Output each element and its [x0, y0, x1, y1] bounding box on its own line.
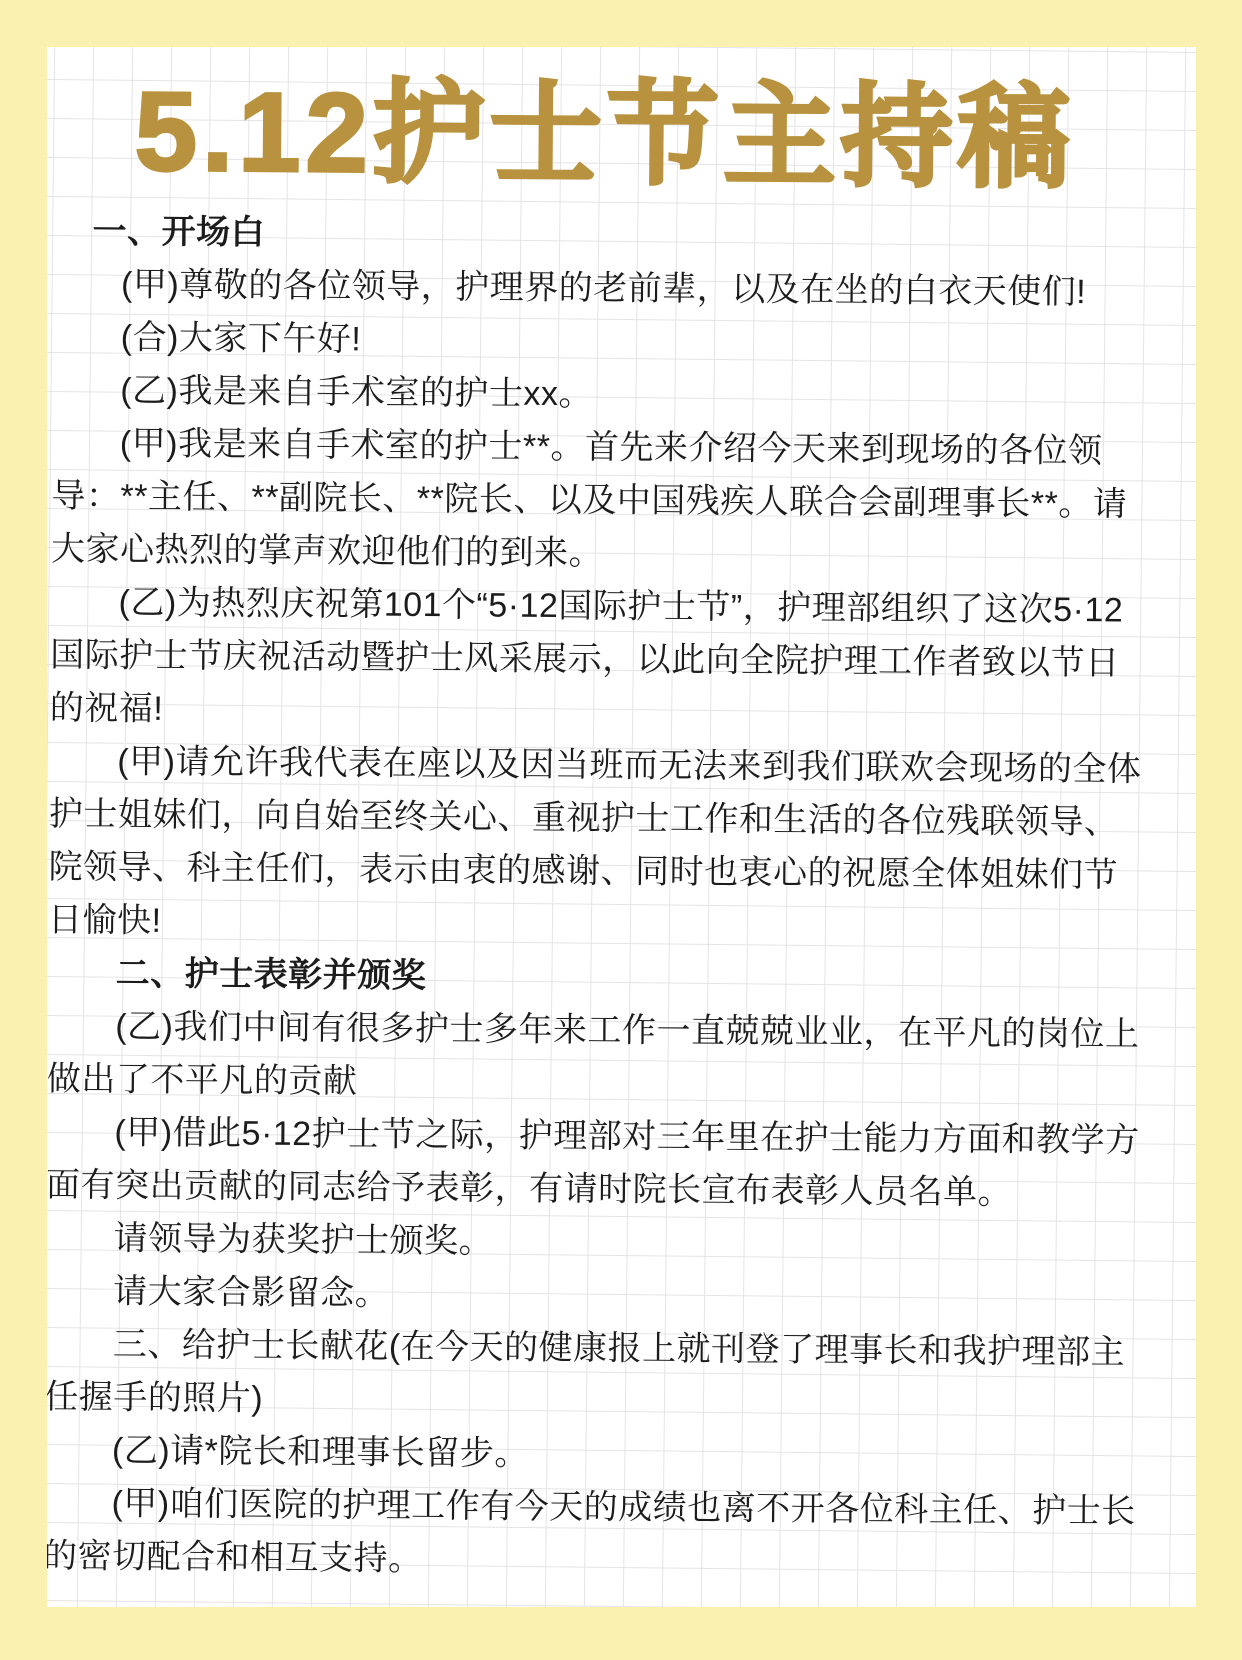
paragraph: (甲)尊敬的各位领导，护理界的老前辈，以及在坐的白衣天使们! [53, 258, 1154, 320]
paragraph: (乙)请*院长和理事长留步。 [47, 1424, 1145, 1486]
page-title: 5.12护士节主持稿 [54, 61, 1156, 210]
paragraph: (甲)请允许我代表在座以及因当班而无法来到我们联欢会现场的全体护士姐妹们，向自始… [48, 735, 1151, 956]
document-content: 5.12护士节主持稿 一、开场白(甲)尊敬的各位领导，护理界的老前辈，以及在坐的… [47, 47, 1196, 1592]
paragraph: (乙)我们中间有很多护士多年来工作一直兢兢业业，在平凡的岗位上做出了不平凡的贡献 [47, 1000, 1148, 1115]
paragraph: (乙)我是来自手术室的护士xx。 [52, 364, 1153, 426]
section-heading: 二、护士表彰并颁奖 [48, 947, 1149, 1009]
paper-panel: 5.12护士节主持稿 一、开场白(甲)尊敬的各位领导，护理界的老前辈，以及在坐的… [47, 47, 1196, 1607]
paragraph: (甲)我是来自手术室的护士**。首先来介绍今天来到现场的各位领导：**主任、**… [51, 417, 1153, 585]
paragraph: (乙)为热烈庆祝第101个“5·12国际护士节”，护理部组织了这次5·12国际护… [50, 576, 1152, 744]
script-body: 一、开场白(甲)尊敬的各位领导，护理界的老前辈，以及在坐的白衣天使们!(合)大家… [47, 205, 1155, 1592]
paragraph: 请大家合影留念。 [47, 1265, 1146, 1327]
paragraph: (甲)借此5·12护士节之际，护理部对三年里在护士能力方面和教学方面有突出贡献的… [47, 1106, 1148, 1221]
paragraph: 三、给护士长献花(在今天的健康报上就刊登了理事长和我护理部主任握手的照片) [47, 1318, 1146, 1433]
section-heading: 一、开场白 [53, 205, 1154, 267]
paragraph: (合)大家下午好! [53, 311, 1154, 373]
paragraph: (甲)咱们医院的护理工作有今天的成绩也离不开各位科主任、护士长的密切配合和相互支… [47, 1477, 1145, 1592]
paragraph: 请领导为获奖护士颁奖。 [47, 1212, 1147, 1274]
